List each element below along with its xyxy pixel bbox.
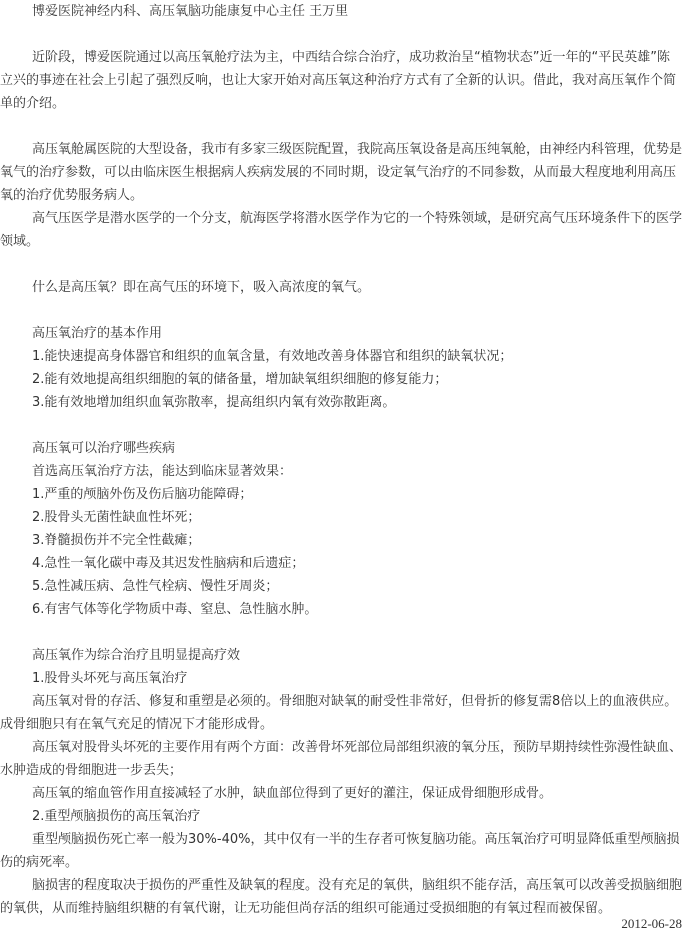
diseases-intro: 首选高压氧治疗方法，能达到临床显著效果： — [0, 460, 682, 483]
publish-date: 2012-06-28 — [621, 916, 682, 932]
disease-item: 3.脊髓损伤并不完全性截瘫； — [0, 529, 682, 552]
basic-item: 3.能有效地增加组织血氧弥散率，提高组织内氧有效弥散距离。 — [0, 391, 682, 414]
equipment-paragraph: 高压氧舱属医院的大型设备，我市有多家三级医院配置，我院高压氧设备是高压纯氧舱，由… — [0, 138, 682, 207]
basic-heading: 高压氧治疗的基本作用 — [0, 322, 682, 345]
diseases-heading: 高压氧可以治疗哪些疾病 — [0, 437, 682, 460]
femoral-paragraph: 高压氧的缩血管作用直接减轻了水肿，缺血部位得到了更好的灌注，保证成骨细胞形成骨。 — [0, 782, 682, 805]
intro-paragraph: 近阶段，博爱医院通过以高压氧舱疗法为主，中西结合综合治疗，成功救治呈“植物状态”… — [0, 46, 682, 115]
basic-item: 2.能有效地提高组织细胞的氧的储备量，增加缺氧组织细胞的修复能力； — [0, 368, 682, 391]
disease-item: 4.急性一氧化碳中毒及其迟发性脑病和后遗症； — [0, 552, 682, 575]
femoral-paragraph: 高压氧对股骨头坏死的主要作用有两个方面：改善骨坏死部位局部组织液的氧分压，预防早… — [0, 736, 682, 782]
combined-heading: 高压氧作为综合治疗且明显提高疗效 — [0, 644, 682, 667]
what-is-paragraph: 什么是高压氧？即在高气压的环境下，吸入高浓度的氧气。 — [0, 276, 682, 299]
byline: 博爱医院神经内科、高压氧脑功能康复中心主任 王万里 — [0, 0, 682, 23]
article-body: 博爱医院神经内科、高压氧脑功能康复中心主任 王万里 近阶段，博爱医院通过以高压氧… — [0, 0, 682, 920]
femoral-paragraph: 高压氧对骨的存活、修复和重塑是必须的。骨细胞对缺氧的耐受性非常好，但骨折的修复需… — [0, 690, 682, 736]
brain-injury-paragraph: 重型颅脑损伤死亡率一般为30%-40%，其中仅有一半的生存者可恢复脑功能。高压氧… — [0, 828, 682, 874]
subheading-femoral: 1.股骨头坏死与高压氧治疗 — [0, 667, 682, 690]
disease-item: 6.有害气体等化学物质中毒、窒息、急性脑水肿。 — [0, 598, 682, 621]
subheading-brain-injury: 2.重型颅脑损伤的高压氧治疗 — [0, 805, 682, 828]
brain-injury-paragraph: 脑损害的程度取决于损伤的严重性及缺氧的程度。没有充足的氧供，脑组织不能存活，高压… — [0, 874, 682, 920]
medicine-paragraph: 高气压医学是潜水医学的一个分支，航海医学将潜水医学作为它的一个特殊领域，是研究高… — [0, 207, 682, 253]
basic-item: 1.能快速提高身体器官和组织的血氧含量，有效地改善身体器官和组织的缺氧状况； — [0, 345, 682, 368]
disease-item: 1.严重的颅脑外伤及伤后脑功能障碍； — [0, 483, 682, 506]
disease-item: 5.急性减压病、急性气栓病、慢性牙周炎； — [0, 575, 682, 598]
disease-item: 2.股骨头无菌性缺血性坏死； — [0, 506, 682, 529]
